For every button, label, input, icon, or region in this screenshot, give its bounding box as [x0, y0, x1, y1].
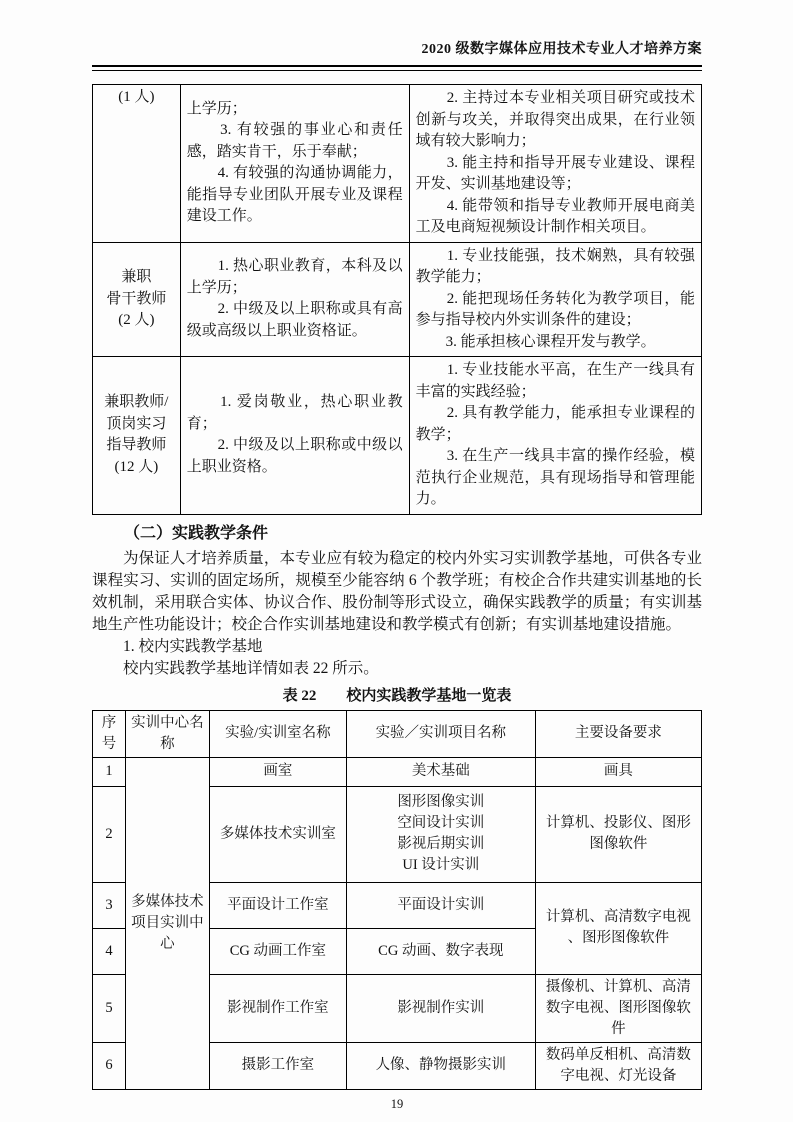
section-subitem: 1. 校内实践教学基地	[92, 636, 702, 658]
column-header-no: 序号	[93, 710, 126, 757]
equipment-cell: 画具	[535, 757, 701, 786]
project-cell: 美术基础	[346, 757, 535, 786]
project-cell: 平面设计实训	[346, 882, 535, 928]
equipment-cell: 数码单反相机、高清数字电视、灯光设备	[535, 1042, 701, 1089]
equipment-cell: 摄像机、计算机、高清数字电视、图形图像软件	[535, 974, 701, 1042]
section-heading: （二）实践教学条件	[92, 522, 702, 546]
room-cell: 多媒体技术实训室	[209, 786, 346, 882]
project-cell: 人像、静物摄影实训	[346, 1042, 535, 1089]
column-header-center: 实训中心名称	[125, 710, 209, 757]
room-cell: 影视制作工作室	[209, 974, 346, 1042]
table-row: 兼职 骨干教师 (2 人) 1. 热心职业教育，本科及以上学历； 2. 中级及以…	[93, 242, 702, 357]
table-row: 1 多媒体技术 项目实训中心 画室 美术基础 画具	[93, 757, 702, 786]
teacher-role-cell: (1 人)	[93, 85, 181, 243]
campus-training-base-table: 序号 实训中心名称 实验/实训室名称 实验／实训项目名称 主要设备要求 1 多媒…	[92, 710, 702, 1090]
teacher-requirements-cell: 1. 爱岗敬业，热心职业教育； 2. 中级及以上职称或中级以上职业资格。	[180, 357, 409, 515]
column-header-project: 实验／实训项目名称	[346, 710, 535, 757]
teacher-requirements-cell: 1. 热心职业教育，本科及以上学历； 2. 中级及以上职称或具有高级或高级以上职…	[180, 242, 409, 357]
header-rule	[92, 65, 702, 71]
room-cell: CG 动画工作室	[209, 928, 346, 974]
training-center-cell: 多媒体技术 项目实训中心	[125, 757, 209, 1089]
teacher-requirements-cell: 上学历； 3. 有较强的事业心和责任感，踏实肯干，乐于奉献； 4. 有较强的沟通…	[180, 85, 409, 243]
room-cell: 平面设计工作室	[209, 882, 346, 928]
table-caption: 表 22 校内实践教学基地一览表	[92, 685, 702, 707]
teacher-duties-cell: 2. 主持过本专业相关项目研究或技术创新与攻关，并取得突出成果，在行业领域有较大…	[409, 85, 701, 243]
equipment-cell: 计算机、投影仪、图形图像软件	[535, 786, 701, 882]
teacher-duties-cell: 1. 专业技能水平高，在生产一线具有丰富的实践经验； 2. 具有教学能力，能承担…	[409, 357, 701, 515]
project-cell: 图形图像实训 空间设计实训 影视后期实训 UI 设计实训	[346, 786, 535, 882]
table-row: 兼职教师/ 顶岗实习 指导教师 (12 人) 1. 爱岗敬业，热心职业教育； 2…	[93, 357, 702, 515]
teacher-role-cell: 兼职 骨干教师 (2 人)	[93, 242, 181, 357]
row-number-cell: 6	[93, 1042, 126, 1089]
teacher-duties-cell: 1. 专业技能强，技术娴熟，具有较强教学能力； 2. 能把现场任务转化为教学项目…	[409, 242, 701, 357]
page-header-title: 2020 级数字媒体应用技术专业人才培养方案	[92, 40, 702, 60]
project-cell: 影视制作实训	[346, 974, 535, 1042]
table-header-row: 序号 实训中心名称 实验/实训室名称 实验／实训项目名称 主要设备要求	[93, 710, 702, 757]
document-page: 2020 级数字媒体应用技术专业人才培养方案 (1 人) 上学历； 3. 有较强…	[0, 0, 793, 1122]
room-cell: 画室	[209, 757, 346, 786]
column-header-room: 实验/实训室名称	[209, 710, 346, 757]
page-number: 19	[92, 1095, 702, 1113]
teacher-role-cell: 兼职教师/ 顶岗实习 指导教师 (12 人)	[93, 357, 181, 515]
row-number-cell: 2	[93, 786, 126, 882]
column-header-equipment: 主要设备要求	[535, 710, 701, 757]
section-paragraph: 为保证人才培养质量，本专业应有较为稳定的校内外实习实训教学基地，可供各专业课程实…	[92, 548, 702, 636]
row-number-cell: 5	[93, 974, 126, 1042]
table-row: (1 人) 上学历； 3. 有较强的事业心和责任感，踏实肯干，乐于奉献； 4. …	[93, 85, 702, 243]
row-number-cell: 4	[93, 928, 126, 974]
teacher-requirements-table: (1 人) 上学历； 3. 有较强的事业心和责任感，踏实肯干，乐于奉献； 4. …	[92, 84, 702, 515]
section-subitem: 校内实践教学基地详情如表 22 所示。	[92, 658, 702, 680]
row-number-cell: 3	[93, 882, 126, 928]
room-cell: 摄影工作室	[209, 1042, 346, 1089]
equipment-cell: 计算机、高清数字电视 、图形图像软件	[535, 882, 701, 974]
row-number-cell: 1	[93, 757, 126, 786]
project-cell: CG 动画、数字表现	[346, 928, 535, 974]
